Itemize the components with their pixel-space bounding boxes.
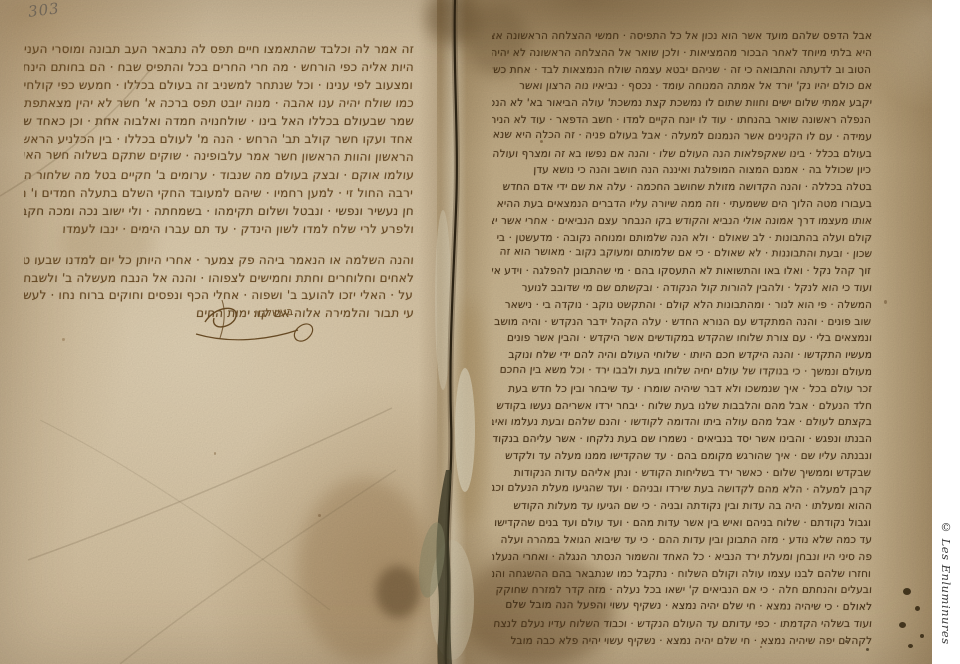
left-paragraph-1: זה אמר לה וכלבד שהתאמצו חיים תפס לה נתבא… [24,40,414,240]
ink-blot [903,588,911,595]
foxing-speck [62,338,65,341]
credit-strip: © Les Enluminures [932,0,960,664]
stain [376,566,420,618]
stain [452,298,486,530]
ink-blot [920,634,924,638]
left-paragraph-2: והנה השלמה או הנאמר ביהה פק צמער · אחרי … [24,252,414,322]
ink-blot [899,622,906,628]
manuscript-photo: 303 זה אמר לה וכלבד שהתאמצו חיים תפס לה … [0,0,960,664]
copyright-credit: © Les Enluminures [939,520,953,645]
foxing-speck [318,514,321,517]
ink-blot [915,606,920,611]
right-text-block: אבל הדפס שלהם מועד אשר הוא נכון אל כל הת… [492,28,872,652]
ink-blot [845,640,848,643]
ink-blot [908,644,913,648]
ink-blot [866,648,869,651]
foxing-speck [884,300,887,304]
folio-number: 303 [27,0,61,21]
foxing-speck [214,452,216,455]
